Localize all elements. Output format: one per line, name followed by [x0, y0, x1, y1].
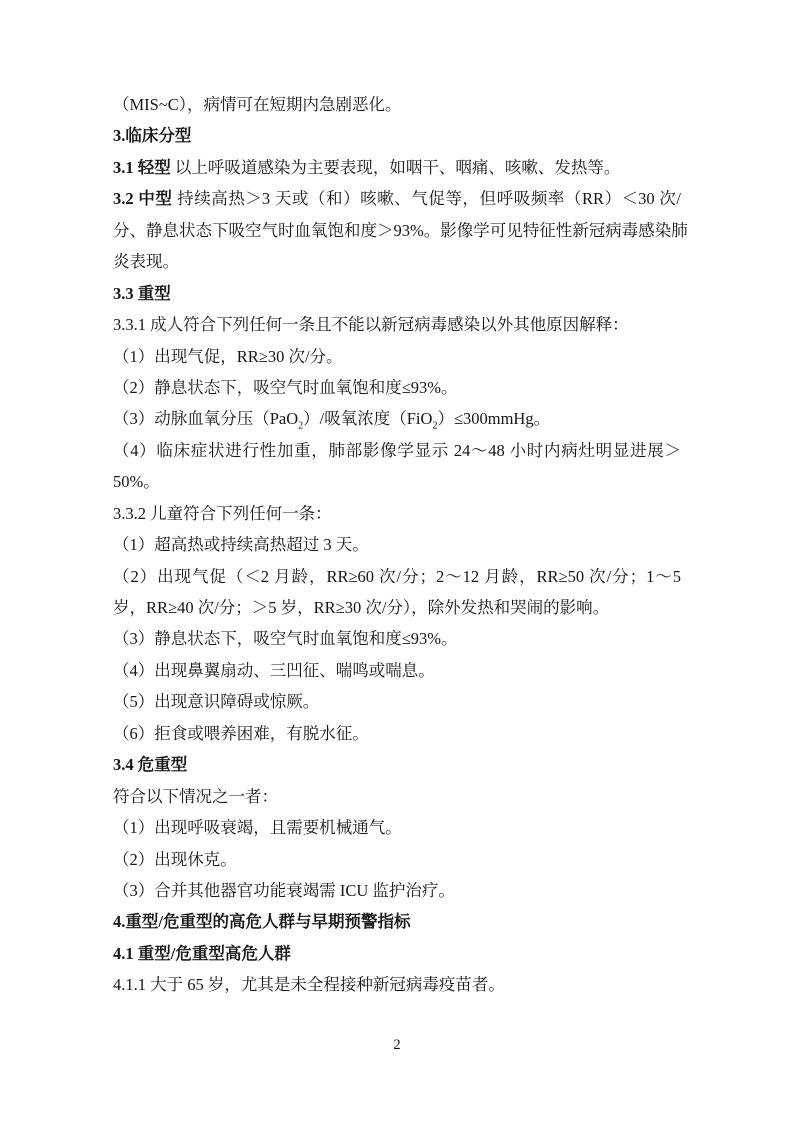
section-heading: 3.临床分型 — [113, 120, 681, 151]
text-segment: 炎表现。 — [113, 252, 179, 271]
text-segment: 4.1 重型/危重型高危人群 — [113, 944, 291, 963]
list-item-line: （1）出现呼吸衰竭，且需要机械通气。 — [113, 812, 681, 843]
page-number: 2 — [393, 1037, 400, 1053]
text-segment: （1）超高热或持续高热超过 3 天。 — [113, 535, 369, 554]
text-segment: 3.1 轻型 — [113, 158, 171, 177]
paragraph-line: 3.2 中型 持续高热＞3 天或（和）咳嗽、气促等，但呼吸频率（RR）＜30 次… — [113, 183, 681, 214]
paragraph-line: 分、静息状态下吸空气时血氧饱和度＞93%。影像学可见特征性新冠病毒感染肺 — [113, 215, 681, 246]
text-segment: 50%。 — [113, 472, 160, 491]
text-segment: 3.3.1 成人符合下列任何一条且不能以新冠病毒感染以外其他原因解释： — [113, 315, 629, 334]
list-item-line: （2）出现气促（＜2 月龄，RR≥60 次/分；2～12 月龄，RR≥50 次/… — [113, 561, 681, 592]
list-item-line: （2）出现休克。 — [113, 844, 681, 875]
text-segment: （2）出现气促（＜2 月龄，RR≥60 次/分；2～12 月龄，RR≥50 次/… — [113, 567, 681, 586]
text-segment: 3.4 危重型 — [113, 755, 187, 774]
text-segment: （3）静息状态下，吸空气时血氧饱和度≤93%。 — [113, 629, 458, 648]
section-heading: 3.4 危重型 — [113, 749, 681, 780]
list-item-line: （1）超高热或持续高热超过 3 天。 — [113, 529, 681, 560]
text-segment: （MIS~C），病情可在短期内急剧恶化。 — [113, 95, 402, 114]
paragraph-line: 符合以下情况之一者： — [113, 781, 681, 812]
section-heading: 4.1 重型/危重型高危人群 — [113, 938, 681, 969]
text-segment: ）/吸氧浓度（FiO — [303, 409, 432, 428]
text-segment: （1）出现气促，RR≥30 次/分。 — [113, 347, 343, 366]
text-segment: ）≤300mmHg。 — [437, 409, 550, 428]
text-segment: （3）合并其他器官功能衰竭需 ICU 监护治疗。 — [113, 881, 455, 900]
document-content: （MIS~C），病情可在短期内急剧恶化。3.临床分型3.1 轻型 以上呼吸道感染… — [113, 89, 681, 1001]
paragraph-line: 3.1 轻型 以上呼吸道感染为主要表现，如咽干、咽痛、咳嗽、发热等。 — [113, 152, 681, 183]
text-segment: 持续高热＞3 天或（和）咳嗽、气促等，但呼吸频率（RR）＜30 次/ — [172, 189, 681, 208]
paragraph-line: 3.3.1 成人符合下列任何一条且不能以新冠病毒感染以外其他原因解释： — [113, 309, 681, 340]
paragraph-line: （MIS~C），病情可在短期内急剧恶化。 — [113, 89, 681, 120]
list-item-line: （1）出现气促，RR≥30 次/分。 — [113, 341, 681, 372]
text-segment: （5）出现意识障碍或惊厥。 — [113, 692, 319, 711]
text-segment: 4.重型/危重型的高危人群与早期预警指标 — [113, 912, 410, 931]
text-segment: （6）拒食或喂养困难，有脱水征。 — [113, 724, 369, 743]
text-segment: （2）静息状态下，吸空气时血氧饱和度≤93%。 — [113, 378, 458, 397]
page-footer: 2 — [0, 1037, 794, 1054]
text-segment: 岁，RR≥40 次/分；＞5 岁，RR≥30 次/分），除外发热和哭闹的影响。 — [113, 598, 609, 617]
list-item-line: （6）拒食或喂养困难，有脱水征。 — [113, 718, 681, 749]
list-item-line: （4）临床症状进行性加重，肺部影像学显示 24～48 小时内病灶明显进展＞ — [113, 435, 681, 466]
text-segment: （3）动脉血氧分压（PaO — [113, 409, 298, 428]
section-heading: 3.3 重型 — [113, 278, 681, 309]
list-item-line: （2）静息状态下，吸空气时血氧饱和度≤93%。 — [113, 372, 681, 403]
text-segment: 以上呼吸道感染为主要表现，如咽干、咽痛、咳嗽、发热等。 — [171, 158, 621, 177]
text-segment: （4）临床症状进行性加重，肺部影像学显示 24～48 小时内病灶明显进展＞ — [113, 441, 681, 460]
text-segment: （4）出现鼻翼扇动、三凹征、喘鸣或喘息。 — [113, 661, 435, 680]
text-segment: 3.3.2 儿童符合下列任何一条： — [113, 504, 332, 523]
list-item-line: （3）动脉血氧分压（PaO2）/吸氧浓度（FiO2）≤300mmHg。 — [113, 403, 681, 434]
list-item-line: （5）出现意识障碍或惊厥。 — [113, 686, 681, 717]
list-item-line: （3）合并其他器官功能衰竭需 ICU 监护治疗。 — [113, 875, 681, 906]
text-segment: 4.1.1 大于 65 岁，尤其是未全程接种新冠病毒疫苗者。 — [113, 975, 505, 994]
text-segment: （1）出现呼吸衰竭，且需要机械通气。 — [113, 818, 402, 837]
paragraph-line: 岁，RR≥40 次/分；＞5 岁，RR≥30 次/分），除外发热和哭闹的影响。 — [113, 592, 681, 623]
text-segment: 分、静息状态下吸空气时血氧饱和度＞93%。影像学可见特征性新冠病毒感染肺 — [113, 221, 688, 240]
text-segment: 3.3 重型 — [113, 284, 171, 303]
paragraph-line: 炎表现。 — [113, 246, 681, 277]
list-item-line: （4）出现鼻翼扇动、三凹征、喘鸣或喘息。 — [113, 655, 681, 686]
paragraph-line: 4.1.1 大于 65 岁，尤其是未全程接种新冠病毒疫苗者。 — [113, 969, 681, 1000]
list-item-line: （3）静息状态下，吸空气时血氧饱和度≤93%。 — [113, 623, 681, 654]
text-segment: （2）出现休克。 — [113, 850, 237, 869]
section-heading: 4.重型/危重型的高危人群与早期预警指标 — [113, 906, 681, 937]
document-page: （MIS~C），病情可在短期内急剧恶化。3.临床分型3.1 轻型 以上呼吸道感染… — [0, 0, 794, 1123]
paragraph-line: 3.3.2 儿童符合下列任何一条： — [113, 498, 681, 529]
text-segment: 3.临床分型 — [113, 126, 191, 145]
text-segment: 3.2 中型 — [113, 189, 172, 208]
text-segment: 符合以下情况之一者： — [113, 787, 278, 806]
paragraph-line: 50%。 — [113, 466, 681, 497]
